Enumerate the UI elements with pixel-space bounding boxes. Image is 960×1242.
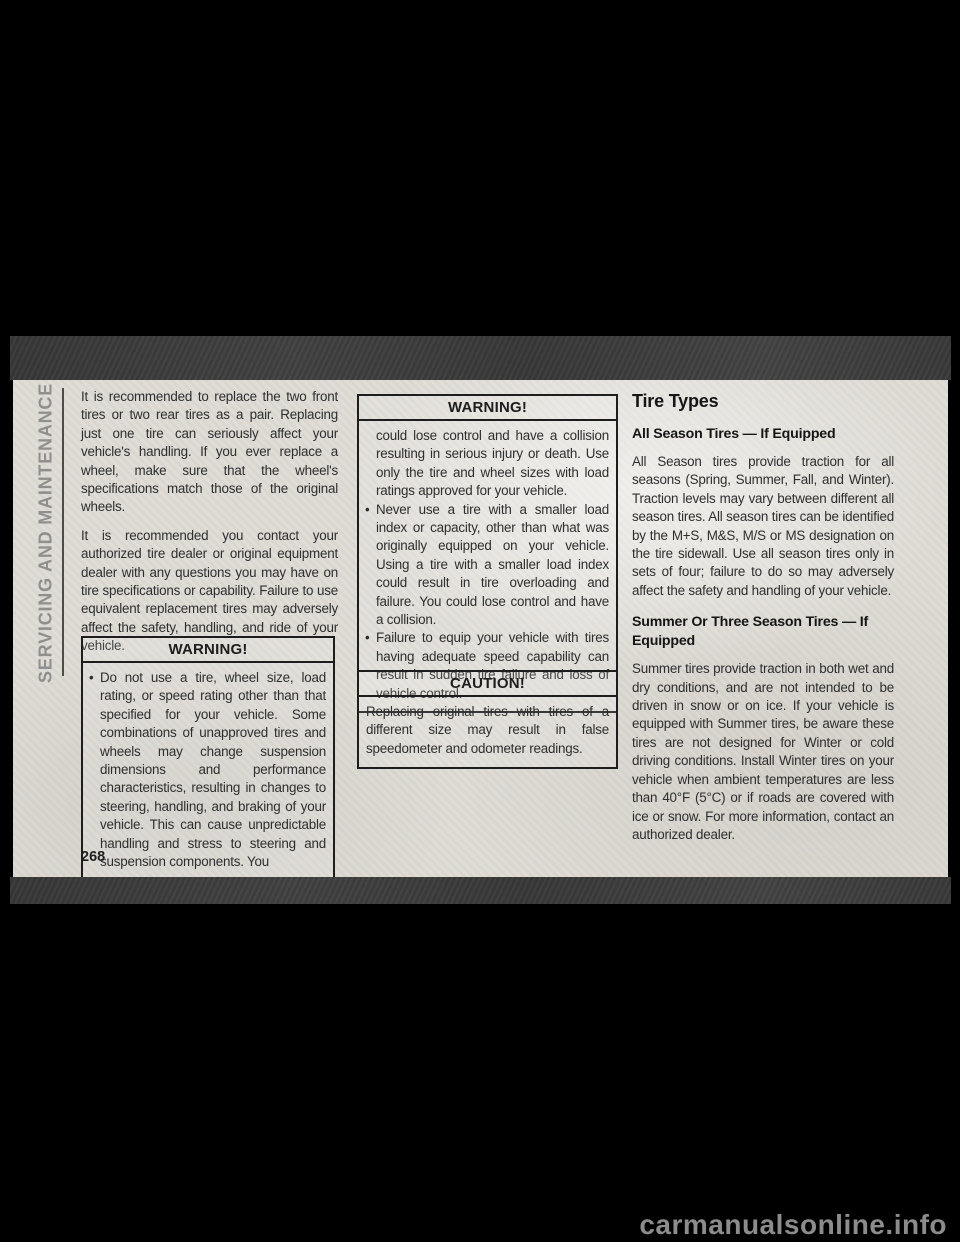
caution-text: Replacing original tires with tires of a…	[366, 703, 609, 758]
column-3: Tire Types All Season Tires — If Equippe…	[632, 391, 894, 854]
paper-area: SERVICING AND MAINTENANCE It is recommen…	[13, 380, 948, 877]
section-title: Tire Types	[632, 391, 894, 412]
caution-body: Replacing original tires with tires of a…	[359, 697, 616, 767]
watermark-text: carmanualsonline.info	[639, 1209, 947, 1241]
warning-bullet-item: Do not use a tire, wheel size, load rati…	[89, 669, 326, 871]
subsection-heading: All Season Tires — If Equipped	[632, 425, 894, 444]
paragraph: Summer tires provide traction in both we…	[632, 660, 894, 844]
warning-continuation-text: could lose control and have a collision …	[365, 427, 609, 501]
page-bottom-band	[10, 877, 951, 904]
warning-box: WARNING! Do not use a tire, wheel size, …	[81, 636, 335, 881]
manual-page-scan: SERVICING AND MAINTENANCE It is recommen…	[10, 336, 951, 904]
warning-title: WARNING!	[83, 638, 333, 663]
warning-body: could lose control and have a collision …	[359, 421, 616, 711]
scanned-manual-page: { "page": { "number": "268", "sidebar_la…	[0, 0, 960, 1242]
caution-title: CAUTION!	[359, 672, 616, 697]
page-top-band	[10, 336, 951, 380]
sidebar-tab-label: SERVICING AND MAINTENANCE	[32, 388, 60, 678]
subsection-heading: Summer Or Three Season Tires — If Equipp…	[632, 613, 894, 651]
paragraph: All Season tires provide traction for al…	[632, 453, 894, 600]
column-1: It is recommended to replace the two fro…	[81, 388, 338, 666]
sidebar-rule	[62, 388, 64, 676]
warning-bullet-item: Never use a tire with a smaller load ind…	[365, 501, 609, 630]
warning-body: Do not use a tire, wheel size, load rati…	[83, 663, 333, 879]
paragraph: It is recommended to replace the two fro…	[81, 388, 338, 517]
caution-box: CAUTION! Replacing original tires with t…	[357, 670, 618, 769]
warning-title: WARNING!	[359, 396, 616, 421]
warning-box: WARNING! could lose control and have a c…	[357, 394, 618, 713]
page-number: 268	[81, 849, 105, 865]
